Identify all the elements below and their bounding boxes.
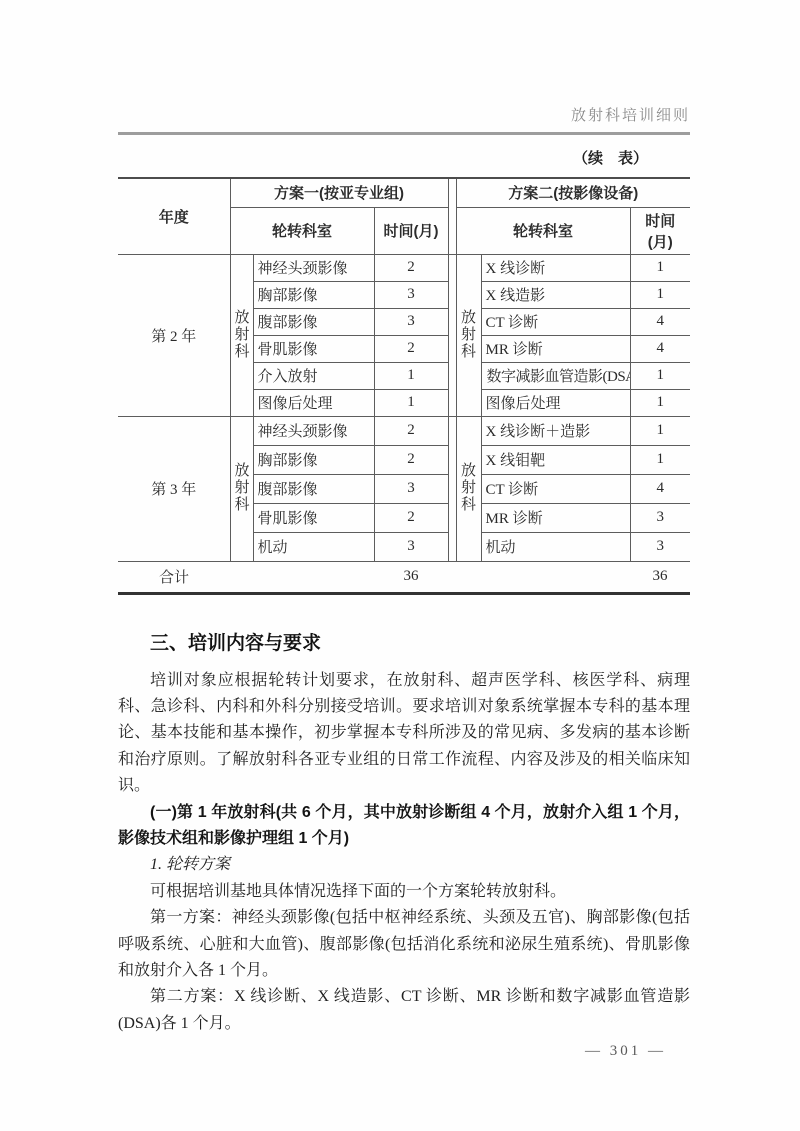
cell-dept: 腹部影像 <box>253 474 374 503</box>
cell-months: 1 <box>374 389 448 416</box>
cell-dept: MR 诊断 <box>481 503 630 532</box>
cell-dept: 神经头颈影像 <box>253 416 374 445</box>
year3-label: 第 3 年 <box>118 416 230 561</box>
cell-months: 3 <box>374 474 448 503</box>
document-page: 放射科培训细则 （续 表） 年度 方案一(按亚专业组) 方案二(按影像设备) <box>0 0 800 1131</box>
cell-months: 1 <box>630 445 690 474</box>
cell-months: 2 <box>374 416 448 445</box>
plan1-total: 36 <box>374 561 448 593</box>
cell-months: 4 <box>630 308 690 335</box>
year3-plan2-dept-group: 放射科 <box>456 416 481 561</box>
cell-dept: 胸部影像 <box>253 281 374 308</box>
cell-dept: 腹部影像 <box>253 308 374 335</box>
cell-months: 3 <box>374 281 448 308</box>
continued-table-label: （续 表） <box>118 147 690 168</box>
cell-months: 4 <box>630 335 690 362</box>
cell-dept: 数字减影血管造影(DSA) <box>481 362 630 389</box>
paragraph: 可根据培训基地具体情况选择下面的一个方案轮转放射科。 <box>118 879 690 905</box>
cell-months: 1 <box>630 281 690 308</box>
paragraph: 培训对象应根据轮转计划要求，在放射科、超声医学科、核医学科、病理科、急诊科、内科… <box>118 668 690 800</box>
section-title: 三、培训内容与要求 <box>150 628 690 655</box>
cell-months: 3 <box>630 532 690 561</box>
body-text: 培训对象应根据轮转计划要求，在放射科、超声医学科、核医学科、病理科、急诊科、内科… <box>118 668 690 1038</box>
year2-plan2-dept-group: 放射科 <box>456 254 481 416</box>
cell-months: 1 <box>374 362 448 389</box>
page-number: — 301 — <box>118 1043 690 1060</box>
total-divider-empty <box>448 561 456 593</box>
cell-months: 2 <box>374 503 448 532</box>
cell-dept: X 线诊断＋造影 <box>481 416 630 445</box>
total-empty <box>230 561 374 593</box>
total-label: 合计 <box>118 561 230 593</box>
plan2-time-header: 时间(月) <box>630 207 690 254</box>
plan2-total: 36 <box>630 561 690 593</box>
paragraph-bold: (一)第 1 年放射科(共 6 个月，其中放射诊断组 4 个月，放射介入组 1 … <box>118 800 690 853</box>
plan1-header: 方案一(按亚专业组) <box>230 178 448 207</box>
year2-label: 第 2 年 <box>118 254 230 416</box>
cell-dept: 神经头颈影像 <box>253 254 374 281</box>
cell-months: 1 <box>630 416 690 445</box>
cell-dept: X 线钼靶 <box>481 445 630 474</box>
paragraph: 第一方案：神经头颈影像(包括中枢神经系统、头颈及五官)、胸部影像(包括呼吸系统、… <box>118 905 690 984</box>
header-rule <box>118 132 690 135</box>
plan-divider <box>448 178 456 254</box>
total-empty <box>456 561 630 593</box>
cell-months: 2 <box>374 445 448 474</box>
plan-divider <box>448 254 456 416</box>
page-content: 放射科培训细则 （续 表） 年度 方案一(按亚专业组) 方案二(按影像设备) <box>118 104 690 1060</box>
cell-dept: 介入放射 <box>253 362 374 389</box>
cell-dept: MR 诊断 <box>481 335 630 362</box>
cell-months: 1 <box>630 254 690 281</box>
plan2-dept-header: 轮转科室 <box>456 207 630 254</box>
cell-dept: 机动 <box>481 532 630 561</box>
year3-plan1-dept-group: 放射科 <box>230 416 253 561</box>
plan1-time-header: 时间(月) <box>374 207 448 254</box>
plan2-header: 方案二(按影像设备) <box>456 178 690 207</box>
cell-months: 2 <box>374 335 448 362</box>
cell-months: 3 <box>374 308 448 335</box>
year-column-header: 年度 <box>118 178 230 254</box>
plan1-dept-header: 轮转科室 <box>230 207 374 254</box>
cell-dept: 骨肌影像 <box>253 503 374 532</box>
cell-dept: X 线造影 <box>481 281 630 308</box>
table-row: 第 2 年 放射科 神经头颈影像 2 放射科 X 线诊断 1 <box>118 254 690 281</box>
paragraph-subheading: 1. 轮转方案 <box>118 852 690 878</box>
cell-dept: 图像后处理 <box>481 389 630 416</box>
cell-dept: X 线诊断 <box>481 254 630 281</box>
cell-months: 3 <box>630 503 690 532</box>
plan-divider <box>448 416 456 561</box>
year2-plan1-dept-group: 放射科 <box>230 254 253 416</box>
cell-months: 4 <box>630 474 690 503</box>
cell-months: 1 <box>630 389 690 416</box>
cell-months: 2 <box>374 254 448 281</box>
cell-dept: CT 诊断 <box>481 308 630 335</box>
cell-dept: CT 诊断 <box>481 474 630 503</box>
cell-months: 1 <box>630 362 690 389</box>
cell-dept: 机动 <box>253 532 374 561</box>
running-head: 放射科培训细则 <box>118 104 690 125</box>
cell-dept: 图像后处理 <box>253 389 374 416</box>
rotation-schedule-table: 年度 方案一(按亚专业组) 方案二(按影像设备) 轮转科室 时间(月) 轮转科室… <box>118 177 690 595</box>
paragraph: 第二方案：X 线诊断、X 线造影、CT 诊断、MR 诊断和数字减影血管造影(DS… <box>118 984 690 1037</box>
cell-dept: 胸部影像 <box>253 445 374 474</box>
table-row: 第 3 年 放射科 神经头颈影像 2 放射科 X 线诊断＋造影 1 <box>118 416 690 445</box>
table-header-row-1: 年度 方案一(按亚专业组) 方案二(按影像设备) <box>118 178 690 207</box>
total-row: 合计 36 36 <box>118 561 690 593</box>
cell-dept: 骨肌影像 <box>253 335 374 362</box>
cell-months: 3 <box>374 532 448 561</box>
